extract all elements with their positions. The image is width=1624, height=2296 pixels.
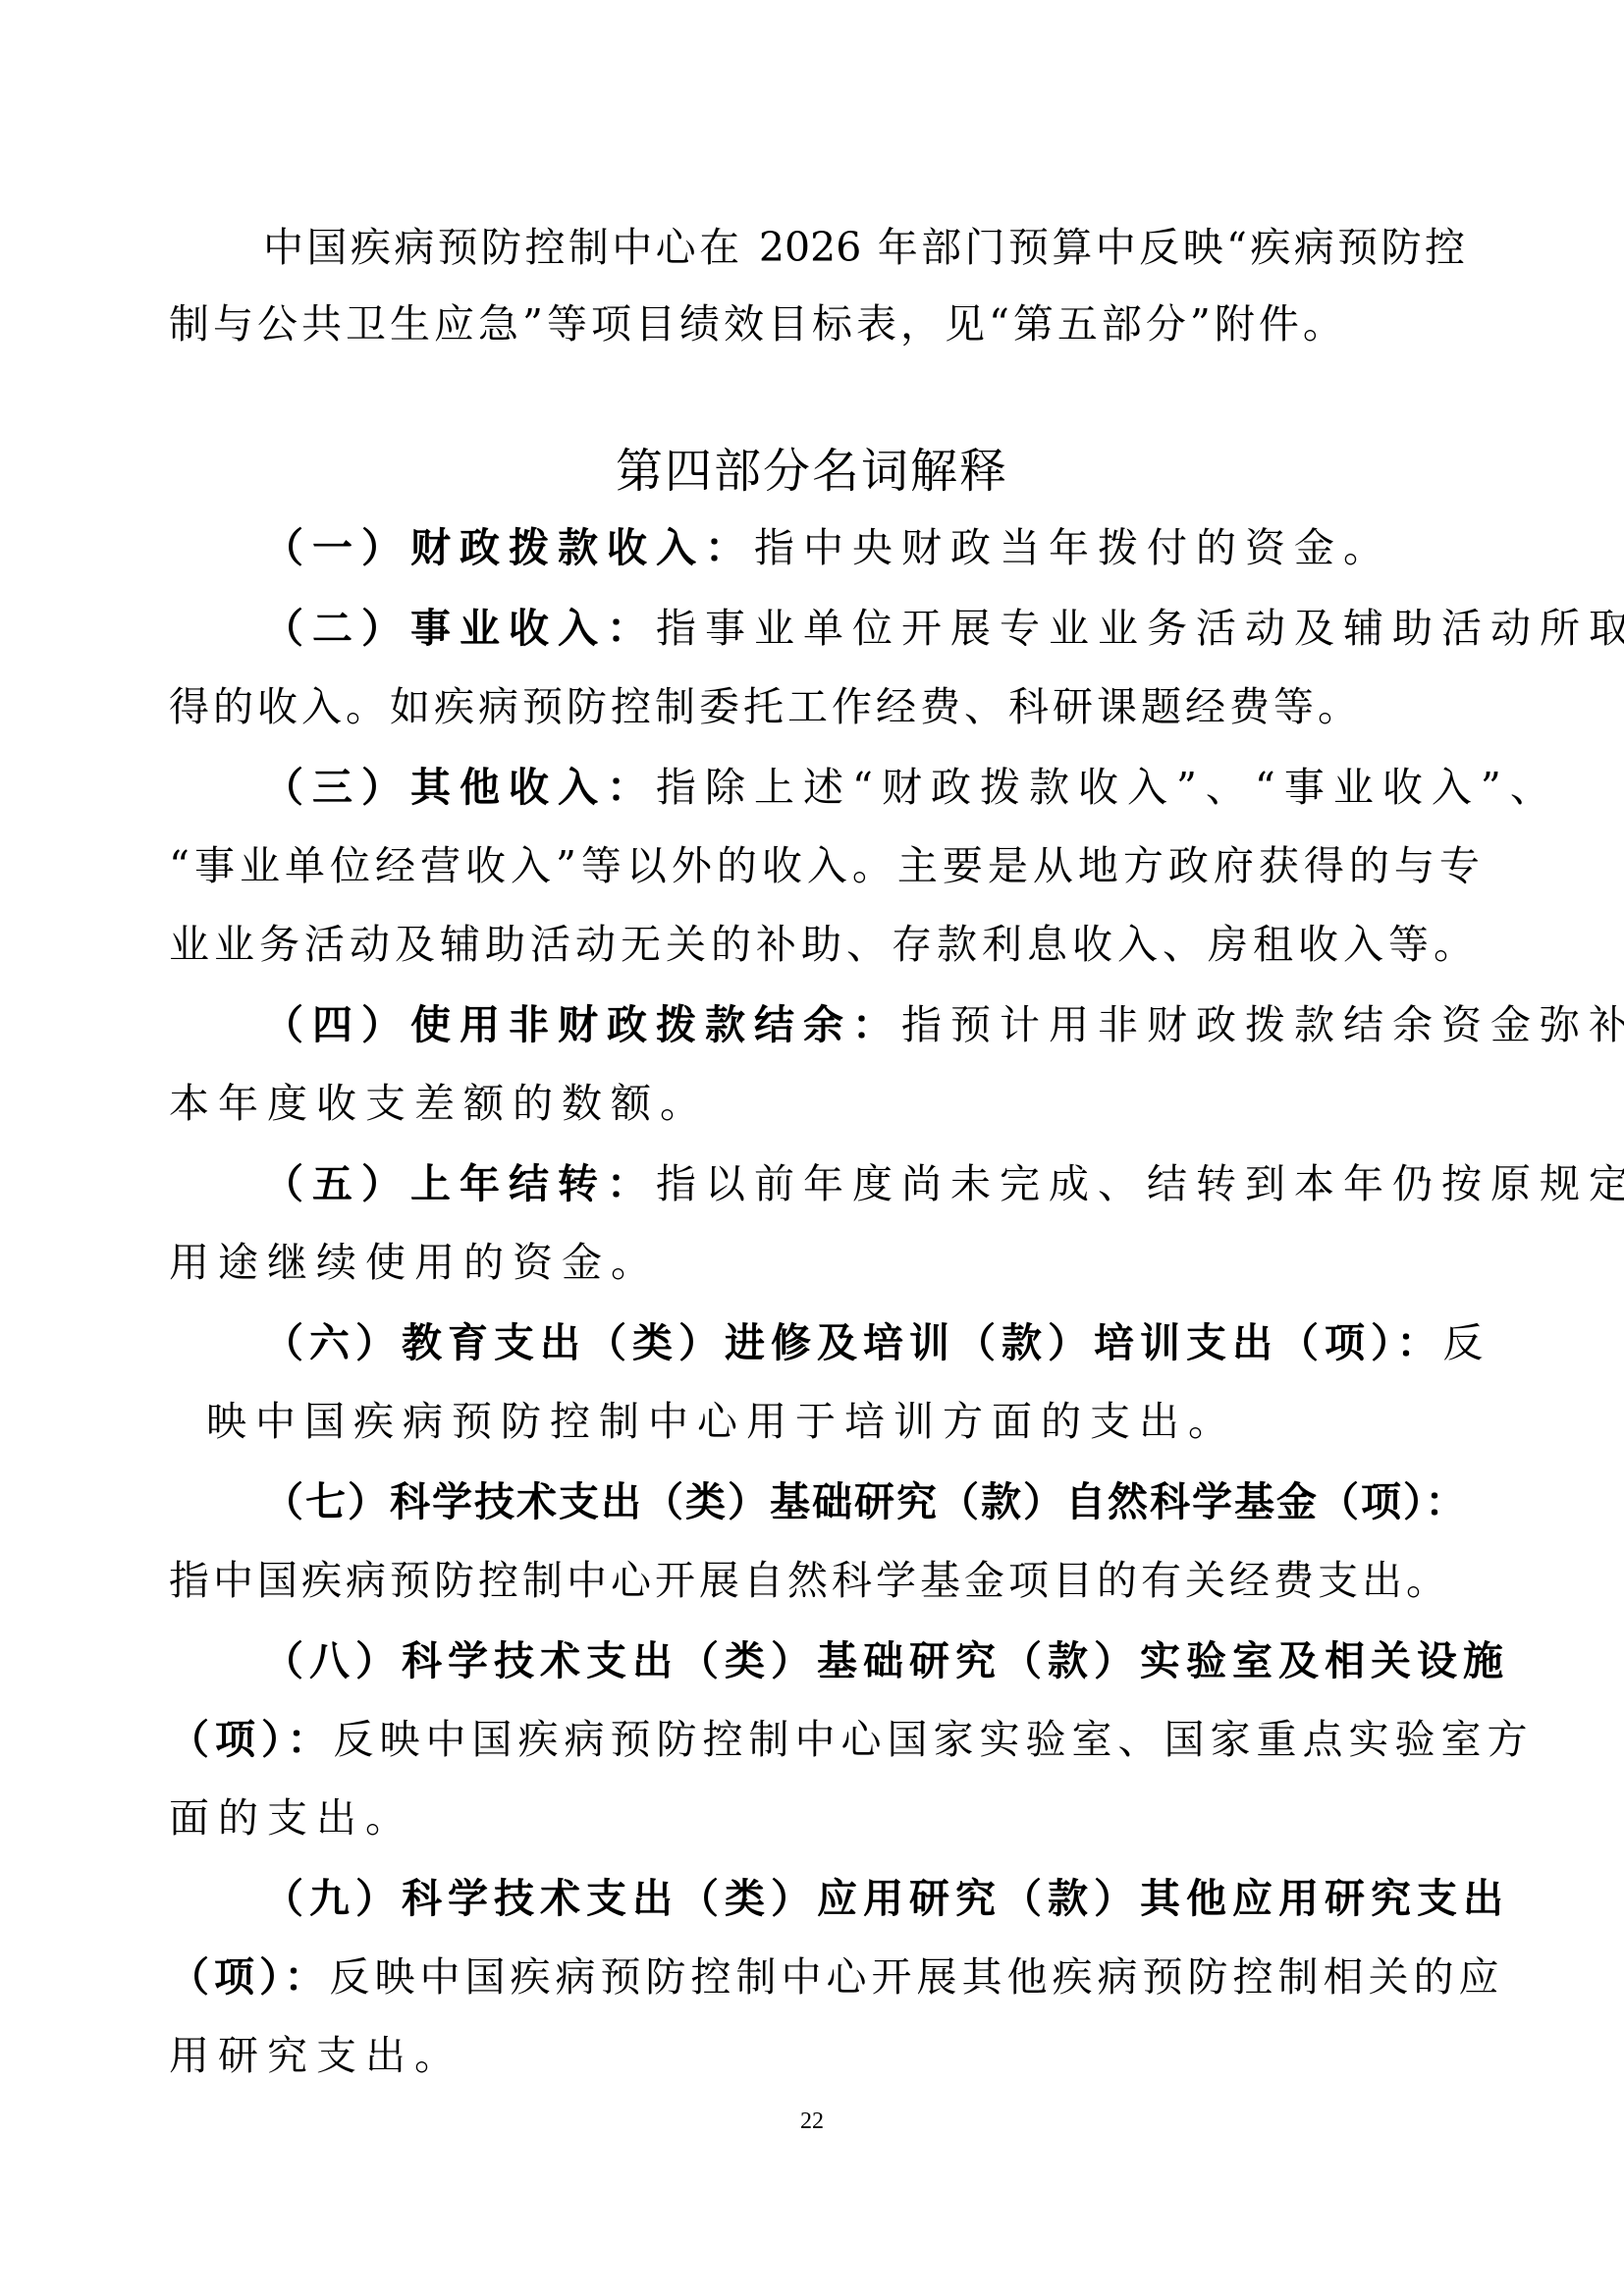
term-7-label: （七）科学技术支出（类）基础研究（款）自然科学基金（项）：	[263, 1478, 1468, 1525]
term-8-text-2: 面的支出。	[169, 1779, 1465, 1857]
term-2: （二）事业收入：指事业单位开展专业业务活动及辅助活动所取	[263, 589, 1465, 667]
term-4-text-1: 指预计用非财政拨款结余资金弥补	[901, 1001, 1624, 1048]
intro-paragraph-line-1: 中国疾病预防控制中心在 2026 年部门预算中反映“疾病预防控	[263, 208, 1465, 287]
term-3-text-3: 业业务活动及辅助活动无关的补助、存款利息收入、房租收入等。	[169, 905, 1465, 984]
term-2-text-1: 指事业单位开展专业业务活动及辅助活动所取	[656, 605, 1624, 652]
section-title: 第四部分名词解释	[0, 432, 1624, 510]
term-3-text-2: “事业单位经营收入”等以外的收入。主要是从地方政府获得的与专	[169, 827, 1465, 905]
term-7-text-2: 指中国疾病预防控制中心开展自然科学基金项目的有关经费支出。	[169, 1541, 1465, 1620]
term-5-label: （五）上年结转：	[263, 1160, 656, 1207]
term-9-text-1: 反映中国疾病预防控制中心开展其他疾病预防控制相关的应	[330, 1953, 1504, 2001]
term-8-line-2: （项）：反映中国疾病预防控制中心国家实验室、国家重点实验室方	[169, 1700, 1465, 1779]
term-9-label: （九）科学技术支出（类）应用研究（款）其他应用研究支出	[263, 1875, 1509, 1922]
term-3-label: （三）其他收入：	[263, 764, 656, 811]
term-2-label: （二）事业收入：	[263, 605, 656, 652]
term-2-text-2: 得的收入。如疾病预防控制委托工作经费、科研课题经费等。	[169, 667, 1465, 746]
term-5-text-1: 指以前年度尚未完成、结转到本年仍按原规定	[656, 1160, 1624, 1207]
term-7: （七）科学技术支出（类）基础研究（款）自然科学基金（项）：	[263, 1463, 1465, 1541]
term-9-line-2: （项）：反映中国疾病预防控制中心开展其他疾病预防控制相关的应	[169, 1938, 1465, 2016]
term-6-text-1: 反	[1443, 1319, 1489, 1366]
term-9-label-2: （项）：	[169, 1953, 330, 2001]
page-number: 22	[0, 2109, 1624, 2135]
term-5: （五）上年结转：指以前年度尚未完成、结转到本年仍按原规定	[263, 1145, 1465, 1223]
term-9: （九）科学技术支出（类）应用研究（款）其他应用研究支出	[263, 1859, 1465, 1938]
term-9-text-2: 用研究支出。	[169, 2016, 1465, 2095]
document-page: 中国疾病预防控制中心在 2026 年部门预算中反映“疾病预防控 制与公共卫生应急…	[0, 0, 1624, 2296]
term-8-text-1: 反映中国疾病预防控制中心国家实验室、国家重点实验室方	[334, 1716, 1534, 1763]
term-1-label: （一）财政拨款收入：	[263, 524, 754, 571]
term-4-text-2: 本年度收支差额的数额。	[169, 1064, 1465, 1143]
term-8: （八）科学技术支出（类）基础研究（款）实验室及相关设施	[263, 1622, 1465, 1700]
term-8-label-2: （项）：	[169, 1716, 334, 1763]
term-6-label: （六）教育支出（类）进修及培训（款）培训支出（项）：	[263, 1319, 1443, 1366]
term-4-label: （四）使用非财政拨款结余：	[263, 1001, 901, 1048]
term-8-label: （八）科学技术支出（类）基础研究（款）实验室及相关设施	[263, 1637, 1509, 1684]
term-6-text-2: 映中国疾病预防控制中心用于培训方面的支出。	[206, 1382, 1502, 1461]
term-4: （四）使用非财政拨款结余：指预计用非财政拨款结余资金弥补	[263, 986, 1465, 1064]
intro-paragraph-line-2: 制与公共卫生应急”等项目绩效目标表，见“第五部分”附件。	[169, 285, 1347, 363]
term-1-text: 指中央财政当年拨付的资金。	[754, 524, 1392, 571]
term-5-text-2: 用途继续使用的资金。	[169, 1223, 1465, 1302]
term-6: （六）教育支出（类）进修及培训（款）培训支出（项）：反	[263, 1304, 1465, 1382]
term-1: （一）财政拨款收入：指中央财政当年拨付的资金。	[263, 508, 1465, 587]
term-3-text-1: 指除上述“财政拨款收入”、“事业收入”、	[656, 764, 1559, 811]
term-3: （三）其他收入：指除上述“财政拨款收入”、“事业收入”、	[263, 748, 1465, 827]
